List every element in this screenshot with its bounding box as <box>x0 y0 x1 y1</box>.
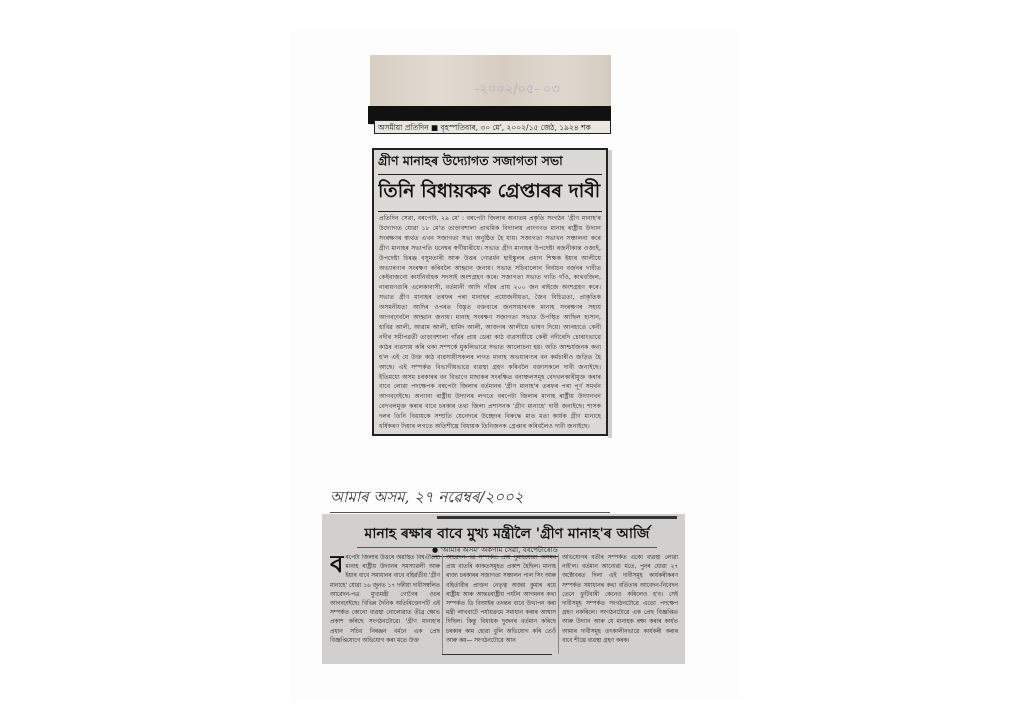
column-divider <box>558 554 559 654</box>
clipping-1-dateline: অসমীয়া প্ৰতিদিন ■ বৃহস্পতিবাৰ, ৩০ মে', … <box>374 120 611 134</box>
clipping-1-handwritten-ref: -২০০২/০৫- ০৩ <box>475 80 560 101</box>
clipping-2-column-3: অভিযোগৰ বৰ্তীৰ সম্পৰ্কত একো ব্যৱস্থা লোৱ… <box>562 554 678 662</box>
clipping-2-column-2: আৱেদন-পত্ৰ সম্পৰ্কত প্ৰায় দুমাহযোৱা অসম… <box>446 554 556 662</box>
clipping-2-bottom-rule <box>442 654 552 655</box>
clipping-1-headline: তিনি বিধায়কক গ্ৰেপ্তাৰৰ দাবী <box>378 177 602 212</box>
clipping-2-article: মানাহ ৰক্ষাৰ বাবে মুখ্য মন্ত্ৰীলৈ 'গ্ৰীণ… <box>322 514 685 664</box>
clipping-2-column-1-text: ৰপেটা জিলাৰ উত্তৰে অৱস্থিত বিশ্বঐতিহ্য ম… <box>330 555 440 644</box>
clipping-1-body: প্ৰতিদিন সেৱা, বৰপেটা, ২৯ মে' : বৰপেটা জ… <box>379 214 601 440</box>
handwritten-source-note: আমাৰ অসম, ২৭ নৱেম্বৰ/২০০২ <box>330 486 610 513</box>
clipping-1-shadow <box>608 150 612 438</box>
clipping-2-dropcap: ব <box>330 554 343 574</box>
clipping-2-column-1: ব ৰপেটা জিলাৰ উত্তৰে অৱস্থিত বিশ্বঐতিহ্য… <box>330 554 440 662</box>
clipping-1-article: গ্ৰীণ মানাহৰ উদ্যোগত সজাগতা সভা তিনি বিধ… <box>372 148 608 436</box>
column-divider <box>442 554 443 654</box>
faint-bleedthrough-text <box>610 140 680 156</box>
clipping-1-kicker: গ্ৰীণ মানাহৰ উদ্যোগত সজাগতা সভা <box>378 153 602 175</box>
clipping-2-top-rule <box>437 516 677 519</box>
